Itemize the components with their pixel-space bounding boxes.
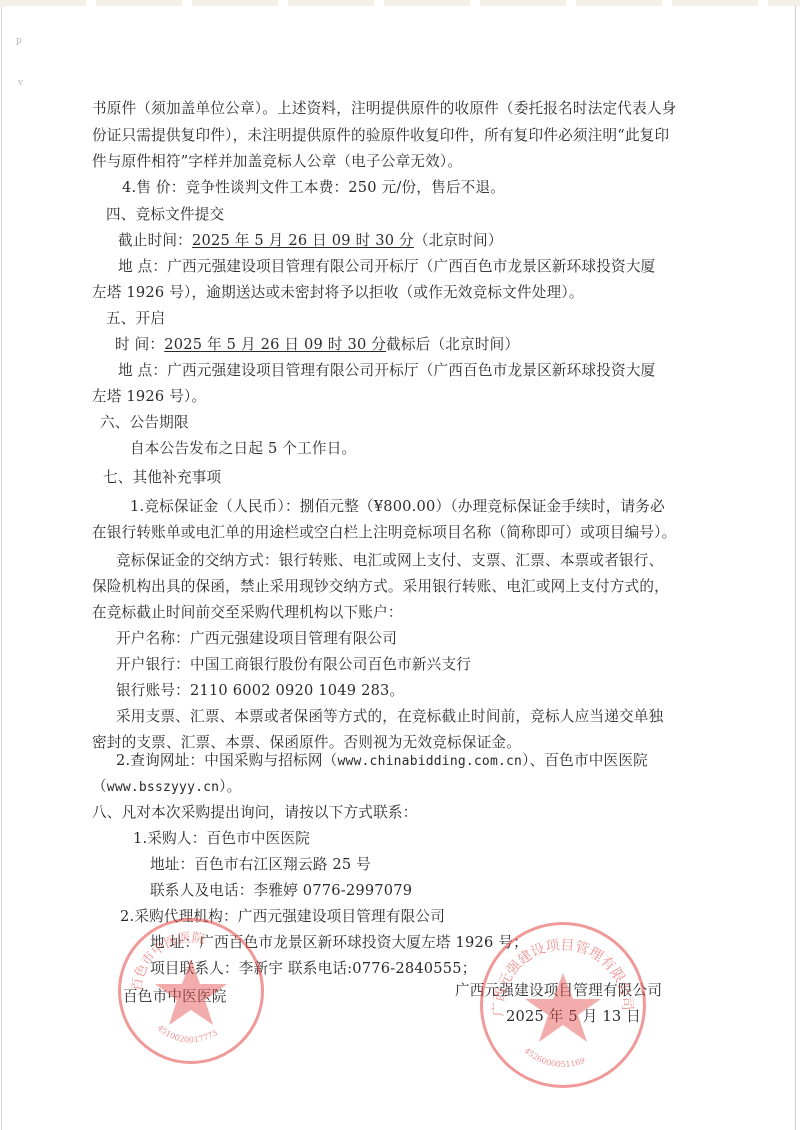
query-prefix: 2.查询网址：中国采购与招标网（ — [116, 752, 337, 769]
paragraph-line: 份证只需提供复印件），未注明提供原件的验原件收复印件，所有复印件必须注明“此复印 — [92, 127, 669, 145]
location-line: 左塔 1926 号），逾期送达或未密封将予以拒收（或作无效竞标文件处理）。 — [92, 284, 584, 302]
signature-right-org: 广西元强建设项目管理有限公司 — [455, 982, 662, 1000]
paragraph-line: 自本公告发布之日起 5 个工作日。 — [130, 440, 356, 458]
query-mid: ）、百色市中医医院 — [522, 752, 648, 769]
chinabidding-link[interactable]: www.chinabidding.com.cn — [337, 754, 522, 769]
hospital-website-link[interactable]: www.bsszyyy.cn — [107, 780, 219, 795]
section-heading-4: 四、竞标文件提交 — [106, 206, 224, 224]
agency-address: 地 址：广西百色市龙景区新环球投资大厦左塔 1926 号； — [150, 934, 528, 952]
section-heading-5: 五、开启 — [106, 310, 165, 328]
opening-time-line: 时 间：2025 年 5 月 26 日 09 时 30 分截标后（北京时间） — [115, 336, 519, 354]
payment-line: 在竞标截止时间前交至采购代理机构以下账户： — [92, 604, 403, 622]
section-heading-7: 七、其他补充事项 — [103, 469, 221, 487]
deadline-line: 截止时间：2025 年 5 月 26 日 09 时 30 分（北京时间） — [118, 232, 503, 250]
payment-line: 保险机构出具的保函，禁止采用现钞交纳方式。采用银行转账、电汇或网上支付方式的， — [92, 578, 669, 596]
deadline-suffix: （北京时间） — [414, 232, 503, 249]
agency-line: 2.采购代理机构：广西元强建设项目管理有限公司 — [120, 908, 445, 926]
scan-right-edge — [795, 6, 796, 1130]
query-line: （www.bsszyyy.cn）。 — [92, 778, 241, 797]
opening-time-value: 2025 年 5 月 26 日 09 时 30 分 — [164, 336, 386, 353]
margin-mark: v — [18, 78, 23, 88]
agency-contact: 项目联系人：李新宇 联系电话:0776-2840555； — [150, 960, 477, 978]
deadline-value: 2025 年 5 月 26 日 09 时 30 分 — [192, 232, 414, 249]
location-line: 地 点：广西元强建设项目管理有限公司开标厅（广西百色市龙景区新环球投资大厦 — [118, 362, 655, 380]
price-line: 4.售 价：竞争性谈判文件工本费：250 元/份，售后不退。 — [122, 179, 505, 197]
svg-text:4526000051169: 4526000051169 — [523, 1046, 587, 1069]
query-close: ）。 — [219, 778, 241, 795]
purchaser-line: 1.采购人：百色市中医医院 — [133, 830, 310, 848]
signature-date: 2025 年 5 月 13 日 — [506, 1008, 641, 1026]
location-line: 地 点：广西元强建设项目管理有限公司开标厅（广西百色市龙景区新环球投资大厦 — [118, 258, 655, 276]
opening-time-label: 时 间： — [115, 336, 164, 353]
opening-time-suffix: 截标后（北京时间） — [386, 336, 519, 353]
location-line: 左塔 1926 号）。 — [92, 388, 206, 406]
svg-text:4510020017773: 4510020017773 — [156, 1023, 219, 1044]
margin-mark: p — [16, 36, 22, 46]
paragraph-line: 件与原件相符”字样并加盖竞标人公章（电子公章无效）。 — [92, 153, 462, 171]
payment-line: 竞标保证金的交纳方式：银行转账、电汇或网上支付、支票、汇票、本票或者银行、 — [116, 552, 663, 570]
paragraph-line: 密封的支票、汇票、本票、保函原件。否则视为无效竞标保证金。 — [92, 734, 521, 752]
section-heading-8: 八、凡对本次采购提出询问，请按以下方式联系： — [92, 804, 417, 822]
signature-left-org: 百色市中医医院 — [123, 988, 227, 1006]
scan-top-strip — [0, 0, 800, 6]
deposit-line: 在银行转账单或电汇单的用途栏或空白栏上注明竞标项目名称（简称即可）或项目编号）。 — [92, 524, 676, 542]
deposit-line: 1.竞标保证金（人民币）：捌佰元整（¥800.00）（办理竞标保证金手续时，请务… — [130, 498, 665, 516]
paragraph-line: 采用支票、汇票、本票或者保函等方式的，在竞标截止时间前，竞标人应当递交单独 — [116, 708, 663, 726]
section-heading-6: 六、公告期限 — [100, 414, 189, 432]
account-name: 开户名称：广西元强建设项目管理有限公司 — [116, 630, 397, 648]
account-bank: 开户银行：中国工商银行股份有限公司百色市新兴支行 — [116, 656, 471, 674]
paragraph-line: 书原件（须加盖单位公章）。上述资料，注明提供原件的收原件（委托报名时法定代表人身 — [92, 100, 676, 118]
purchaser-contact: 联系人及电话：李雅婷 0776-2997079 — [150, 882, 412, 900]
deadline-label: 截止时间： — [118, 232, 192, 249]
query-line: 2.查询网址：中国采购与招标网（www.chinabidding.com.cn）… — [116, 752, 648, 771]
account-number: 银行账号：2110 6002 0920 1049 283。 — [116, 682, 404, 700]
purchaser-address: 地址：百色市右江区翔云路 25 号 — [150, 856, 371, 874]
query-open: （ — [92, 778, 107, 795]
scan-left-edge — [1, 6, 2, 1130]
